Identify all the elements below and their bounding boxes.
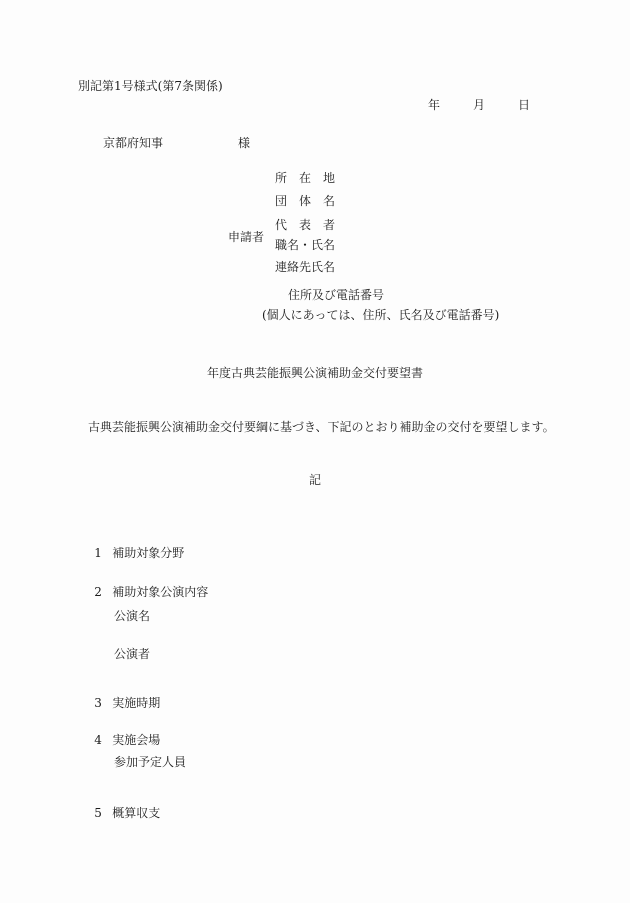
item-2-label: 補助対象公演内容: [112, 585, 208, 599]
applicant-address-phone: 住所及び電話番号: [288, 288, 384, 303]
item-3-number: 3: [94, 696, 112, 711]
item-1-label: 補助対象分野: [112, 546, 184, 560]
applicant-field-representative: 代 表 者: [275, 218, 335, 233]
applicant-label: 申請者: [228, 230, 264, 245]
record-marker: 記: [0, 473, 630, 488]
sub-item-performance-name: 公演名: [114, 609, 150, 624]
item-4-number: 4: [94, 733, 112, 748]
item-1-number: 1: [94, 546, 112, 561]
form-number: 別記第1号様式(第7条関係): [78, 79, 223, 94]
date-day-label: 日: [518, 98, 530, 113]
sub-item-expected-attendance: 参加予定人員: [114, 755, 186, 770]
item-5-label: 概算収支: [112, 806, 160, 820]
date-year-label: 年: [428, 98, 440, 113]
body-paragraph: 古典芸能振興公演補助金交付要綱に基づき、下記のとおり補助金の交付を要望します。: [88, 420, 555, 435]
applicant-field-location: 所 在 地: [275, 171, 335, 186]
applicant-field-title-name: 職名・氏名: [275, 238, 335, 253]
date-month-label: 月: [473, 98, 485, 113]
item-5-number: 5: [94, 806, 112, 821]
item-2-number: 2: [94, 585, 112, 600]
document-title: 年度古典芸能振興公演補助金交付要望書: [0, 366, 630, 381]
document-page: 別記第1号様式(第7条関係) 年 月 日 京都府知事 様 申請者 所 在 地 団…: [0, 0, 630, 903]
addressee-honorific: 様: [238, 136, 250, 151]
applicant-field-contact-name: 連絡先氏名: [275, 260, 335, 275]
list-item-5: 5概算収支: [79, 791, 160, 836]
sub-item-performer: 公演者: [114, 647, 150, 662]
applicant-field-organization-name: 団 体 名: [275, 194, 335, 209]
date-line: 年 月 日: [428, 98, 530, 113]
item-3-label: 実施時期: [112, 696, 160, 710]
item-4-label: 実施会場: [112, 733, 160, 747]
applicant-individual-note: (個人にあっては、住所、氏名及び電話番号): [262, 308, 499, 323]
addressee: 京都府知事: [103, 136, 163, 151]
